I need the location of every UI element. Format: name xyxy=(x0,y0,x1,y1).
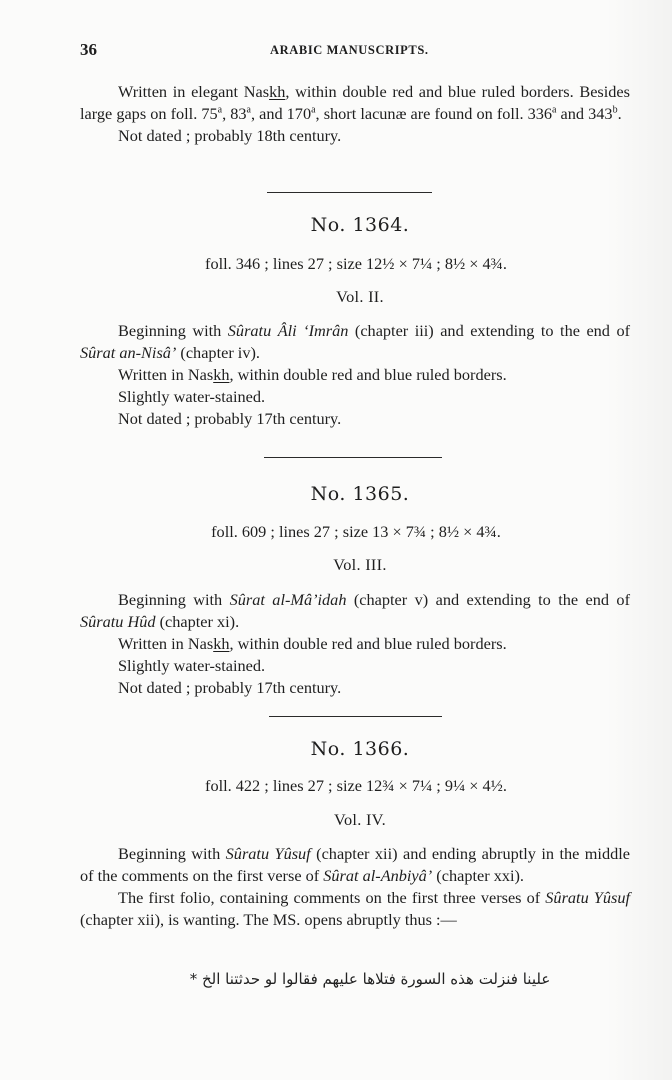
entry-volume-1366: Vol. IV. xyxy=(0,810,672,830)
entry-script-1365: Written in Naskh, within double red and … xyxy=(80,633,630,655)
entry-meta-1365: foll. 609 ; lines 27 ; size 13 × 7¾ ; 8½… xyxy=(0,522,672,542)
page-number: 36 xyxy=(80,40,97,60)
section-divider xyxy=(267,192,432,193)
entry-beginning-1365: Beginning with Sûrat al-Mâ’idah (chapter… xyxy=(80,589,630,633)
section-divider xyxy=(269,716,442,717)
entry-first-folio-1366: The first folio, containing comments on … xyxy=(80,887,630,931)
entry-body-1366: Beginning with Sûratu Yûsuf (chapter xii… xyxy=(80,843,630,931)
entry-meta-1364: foll. 346 ; lines 27 ; size 12½ × 7¼ ; 8… xyxy=(0,254,672,274)
section-divider xyxy=(264,457,442,458)
entry-volume-1364: Vol. II. xyxy=(0,287,672,307)
entry-condition-1365: Slightly water-stained. xyxy=(80,655,630,677)
entry-body-1364: Beginning with Sûratu Âli ‘Imrân (chapte… xyxy=(80,320,630,430)
previous-entry-continuation: Written in elegant Naskh, within double … xyxy=(80,81,630,147)
entry-volume-1365: Vol. III. xyxy=(0,555,672,575)
entry-script-1364: Written in Naskh, within double red and … xyxy=(80,364,630,386)
previous-entry-date: Not dated ; probably 18th century. xyxy=(80,125,630,147)
entry-beginning-1364: Beginning with Sûratu Âli ‘Imrân (chapte… xyxy=(80,320,630,364)
document-page: 36 ARABIC MANUSCRIPTS. Written in elegan… xyxy=(0,0,672,1080)
entry-date-1364: Not dated ; probably 17th century. xyxy=(80,408,630,430)
entry-beginning-1366: Beginning with Sûratu Yûsuf (chapter xii… xyxy=(80,843,630,887)
entry-title-1366: No. 1366. xyxy=(0,738,672,760)
entry-body-1365: Beginning with Sûrat al-Mâ’idah (chapter… xyxy=(80,589,630,699)
previous-entry-description: Written in elegant Naskh, within double … xyxy=(80,81,630,125)
entry-date-1365: Not dated ; probably 17th century. xyxy=(80,677,630,699)
entry-meta-1366: foll. 422 ; lines 27 ; size 12¾ × 7¼ ; 9… xyxy=(0,776,672,796)
entry-title-1365: No. 1365. xyxy=(0,483,672,505)
page-header: 36 ARABIC MANUSCRIPTS. xyxy=(80,40,630,60)
entry-condition-1364: Slightly water-stained. xyxy=(80,386,630,408)
entry-title-1364: No. 1364. xyxy=(0,214,672,236)
arabic-quotation: علينا فنزلت هذه السورة فتلاها عليهم فقال… xyxy=(150,970,590,988)
running-title: ARABIC MANUSCRIPTS. xyxy=(270,43,429,58)
